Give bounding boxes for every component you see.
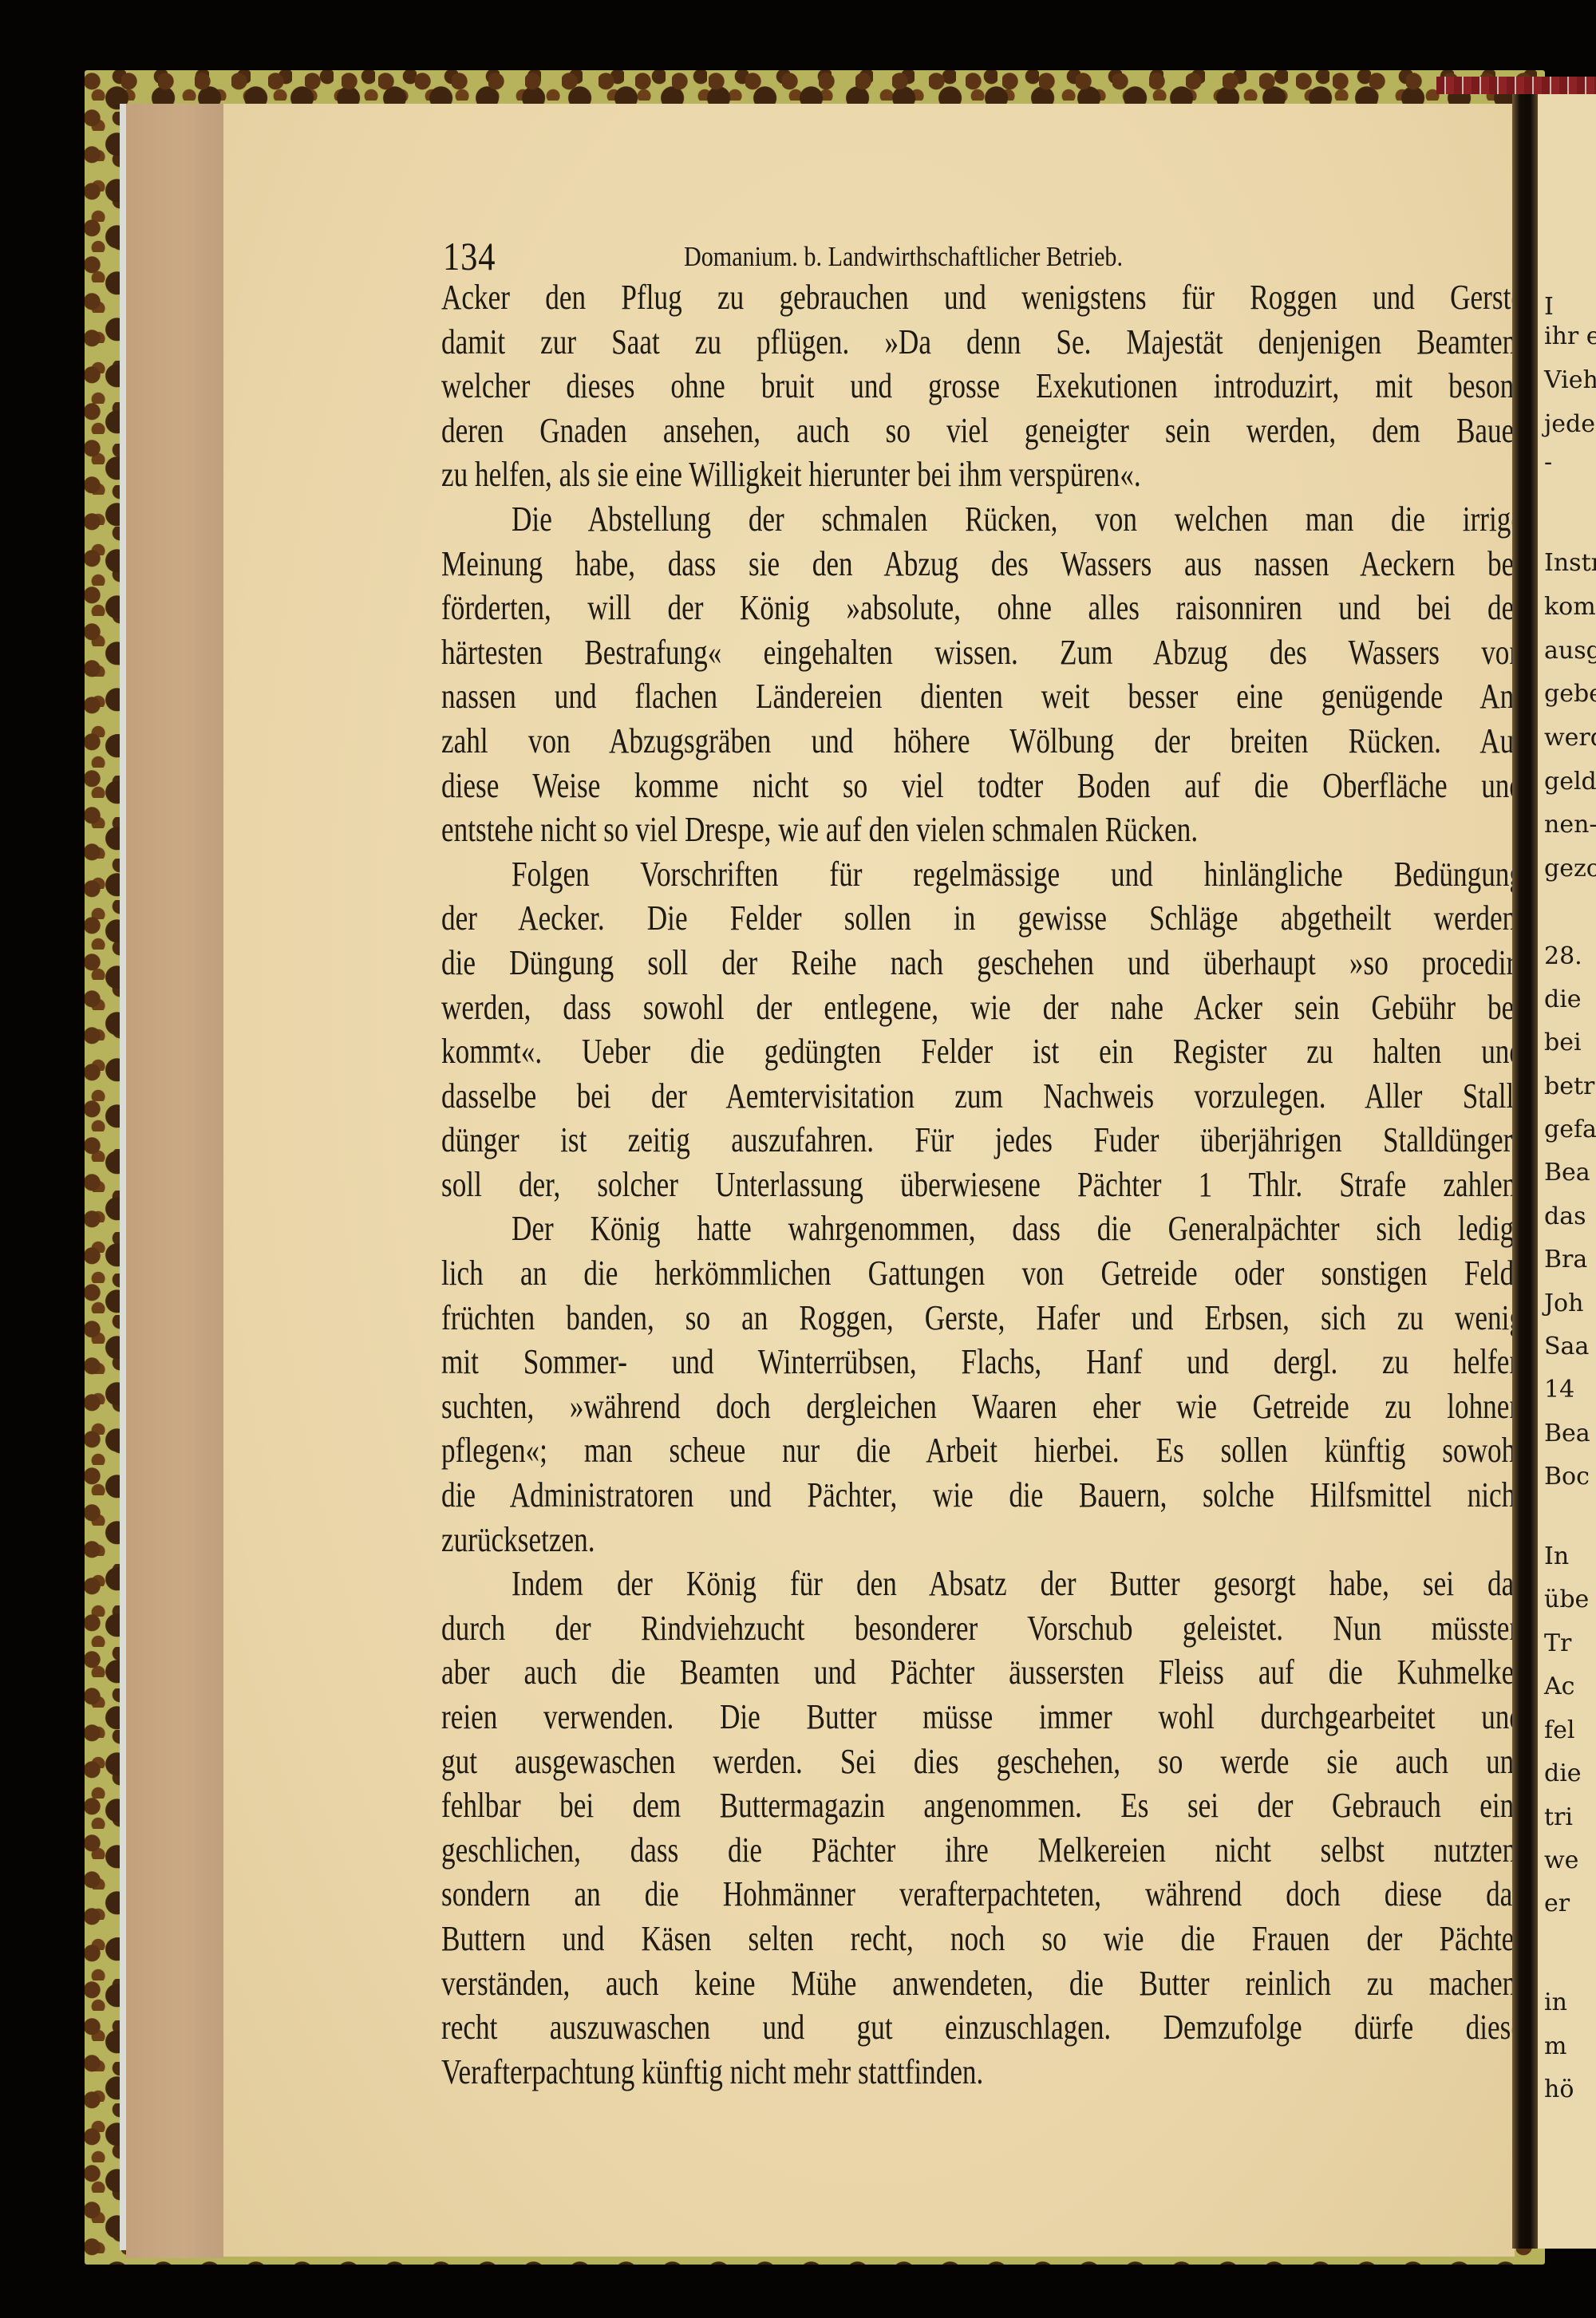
text-line: förderten, will der König »absolute, ohn… bbox=[441, 586, 1523, 630]
facing-page-text: betr bbox=[1544, 1071, 1594, 1103]
facing-page-text: 28. bbox=[1544, 941, 1582, 973]
text-line: sondern an die Hohmänner verafterpachtet… bbox=[441, 1872, 1523, 1917]
text-line: gut ausgewaschen werden. Sei dies gesche… bbox=[441, 1739, 1523, 1784]
text-line: suchten, »während doch dergleichen Waare… bbox=[441, 1384, 1523, 1429]
text-line: zahl von Abzugsgräben und höhere Wölbung… bbox=[441, 719, 1523, 764]
facing-page-text: Bea bbox=[1544, 1418, 1590, 1450]
page-number: 134 bbox=[443, 233, 496, 279]
facing-page-text: Ac bbox=[1544, 1671, 1574, 1703]
facing-page-text: die bbox=[1544, 1758, 1582, 1790]
text-line: geschlichen, dass die Pächter ihre Melke… bbox=[441, 1828, 1523, 1873]
facing-page-text: - bbox=[1544, 447, 1552, 479]
text-line: dünger ist zeitig auszufahren. Für jedes… bbox=[441, 1118, 1523, 1163]
facing-page-text: Tr bbox=[1544, 1628, 1571, 1660]
facing-page-text: komi bbox=[1544, 591, 1596, 623]
text-line: damit zur Saat zu pflügen. »Da denn Se. … bbox=[441, 320, 1523, 365]
body-text: Acker den Pflug zu gebrauchen und wenigs… bbox=[441, 275, 1523, 2094]
facing-page-text: er bbox=[1544, 1888, 1570, 1920]
text-line: die Administratoren und Pächter, wie die… bbox=[441, 1473, 1523, 1518]
facing-page-text: nen- bbox=[1544, 809, 1596, 841]
text-line: Meinung habe, dass sie den Abzug des Was… bbox=[441, 542, 1523, 586]
text-line: zurücksetzen. bbox=[441, 1518, 1523, 1562]
facing-page-text: gezo bbox=[1544, 853, 1596, 885]
facing-page-text: bei bbox=[1544, 1027, 1582, 1059]
page-stack-edge bbox=[126, 104, 223, 2258]
facing-page-text: geld bbox=[1544, 766, 1596, 798]
text-line: entstehe nicht so viel Drespe, wie auf d… bbox=[441, 808, 1523, 852]
text-line: diese Weise komme nicht so viel todter B… bbox=[441, 764, 1523, 808]
facing-page-text: die bbox=[1544, 984, 1582, 1016]
facing-page-text: hö bbox=[1544, 2074, 1574, 2106]
facing-page-text: I bbox=[1544, 291, 1554, 323]
book-gutter bbox=[1512, 94, 1538, 2249]
text-line: durch der Rindviehzucht besonderer Vorsc… bbox=[441, 1606, 1523, 1651]
facing-page-text: Bea bbox=[1544, 1157, 1590, 1189]
facing-page-text: jeder bbox=[1544, 409, 1596, 440]
text-line: härtesten Bestrafung« eingehalten wissen… bbox=[441, 630, 1523, 675]
text-line: nassen und flachen Ländereien dienten we… bbox=[441, 674, 1523, 719]
text-line: reien verwenden. Die Butter müsse immer … bbox=[441, 1695, 1523, 1739]
text-line: lich an die herkömmlichen Gattungen von … bbox=[441, 1251, 1523, 1296]
text-line: die Düngung soll der Reihe nach geschehe… bbox=[441, 941, 1523, 985]
facing-page-text: Saa bbox=[1544, 1331, 1589, 1363]
text-line: Folgen Vorschriften für regelmässige und… bbox=[441, 852, 1523, 897]
text-line: Buttern und Käsen selten recht, noch so … bbox=[441, 1917, 1523, 1961]
headband bbox=[1436, 77, 1596, 94]
facing-page-text: fel bbox=[1544, 1715, 1574, 1747]
text-line: Die Abstellung der schmalen Rücken, von … bbox=[441, 497, 1523, 542]
facing-page-text: 14 bbox=[1544, 1374, 1574, 1406]
facing-page-text: In bbox=[1544, 1541, 1569, 1573]
text-line: der Aecker. Die Felder sollen in gewisse… bbox=[441, 896, 1523, 941]
facing-page-text: Boc bbox=[1544, 1461, 1590, 1493]
text-line: pflegen«; man scheue nur die Arbeit hier… bbox=[441, 1428, 1523, 1473]
text-line: fehlbar bei dem Buttermagazin angenommen… bbox=[441, 1783, 1523, 1828]
text-line: zu helfen, als sie eine Willigkeit hieru… bbox=[441, 452, 1523, 497]
text-line: aber auch die Beamten und Pächter äusser… bbox=[441, 1650, 1523, 1695]
text-line: kommt«. Ueber die gedüngten Felder ist e… bbox=[441, 1029, 1523, 1074]
facing-page-text: übe bbox=[1544, 1584, 1589, 1616]
text-line: Verafterpachtung künftig nicht mehr stat… bbox=[441, 2050, 1523, 2095]
facing-page-text: Viehe bbox=[1544, 365, 1596, 397]
facing-page-text: werd bbox=[1544, 722, 1596, 754]
text-line: deren Gnaden ansehen, auch so viel genei… bbox=[441, 409, 1523, 453]
text-line: soll der, solcher Unterlassung überwiese… bbox=[441, 1163, 1523, 1207]
facing-page-fragment: Iihr eiViehejeder-Instrkomiausggebewerdg… bbox=[1538, 94, 1596, 2249]
facing-page-text: das bbox=[1544, 1201, 1586, 1233]
text-line: verständen, auch keine Mühe anwendeten, … bbox=[441, 1961, 1523, 2006]
facing-page-text: we bbox=[1544, 1845, 1578, 1877]
facing-page-text: gefa bbox=[1544, 1114, 1596, 1146]
text-line: dasselbe bei der Aemtervisitation zum Na… bbox=[441, 1074, 1523, 1119]
facing-page-text: ausg bbox=[1544, 635, 1596, 667]
facing-page-text: Instr bbox=[1544, 547, 1596, 579]
text-line: früchten banden, so an Roggen, Gerste, H… bbox=[441, 1296, 1523, 1341]
page-header: 134 Domanium. b. Landwirthschaftlicher B… bbox=[443, 233, 1512, 281]
facing-page-text: m bbox=[1544, 2031, 1566, 2063]
facing-page-text: gebe bbox=[1544, 678, 1596, 710]
facing-page-text: tri bbox=[1544, 1802, 1573, 1834]
text-line: welcher dieses ohne bruit und grosse Exe… bbox=[441, 364, 1523, 409]
facing-page-text: Joh bbox=[1544, 1288, 1583, 1320]
facing-page-text: Bra bbox=[1544, 1244, 1587, 1276]
running-head: Domanium. b. Landwirthschaftlicher Betri… bbox=[684, 241, 1123, 273]
text-line: werden, dass sowohl der entlegene, wie d… bbox=[441, 985, 1523, 1030]
facing-page-text: in bbox=[1544, 1987, 1567, 2019]
text-line: Indem der König für den Absatz der Butte… bbox=[441, 1562, 1523, 1606]
text-line: Der König hatte wahrgenommen, dass die G… bbox=[441, 1206, 1523, 1251]
facing-page-text: ihr ei bbox=[1544, 321, 1596, 353]
text-line: recht auszuwaschen und gut einzuschlagen… bbox=[441, 2005, 1523, 2050]
text-line: mit Sommer- und Winterrübsen, Flachs, Ha… bbox=[441, 1340, 1523, 1384]
text-line: Acker den Pflug zu gebrauchen und wenigs… bbox=[441, 275, 1523, 320]
